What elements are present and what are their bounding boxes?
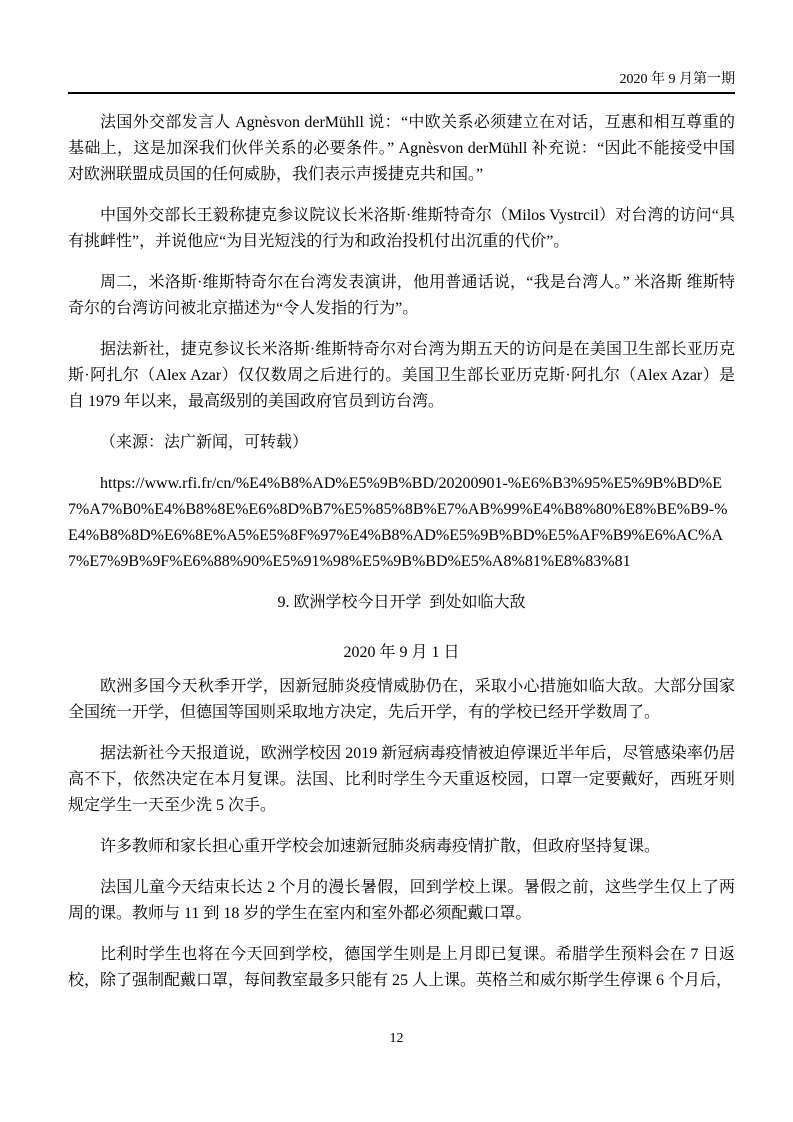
page-body: 法国外交部发言人 Agnèsvon derMühll 说：“中欧关系必须建立在对… — [68, 110, 735, 994]
page-header: 2020 年 9 月第一期 — [68, 72, 735, 94]
paragraph: 中国外交部长王毅称捷克参议院议长米洛斯·维斯特奇尔（Milos Vystrcil… — [68, 203, 735, 255]
paragraph: 周二，米洛斯·维斯特奇尔在台湾发表演讲，他用普通话说，“我是台湾人。” 米洛斯 … — [68, 270, 735, 322]
issue-label: 2020 年 9 月第一期 — [620, 72, 736, 87]
article-url[interactable]: https://www.rfi.fr/cn/%E4%B8%AD%E5%9B%BD… — [68, 471, 735, 575]
article-date: 2020 年 9 月 1 日 — [68, 640, 735, 666]
paragraph: 许多教师和家长担心重开学校会加速新冠肺炎病毒疫情扩散，但政府坚持复课。 — [68, 834, 735, 860]
paragraph: 据法新社，捷克参议长米洛斯·维斯特奇尔对台湾为期五天的访问是在美国卫生部长亚历克… — [68, 337, 735, 415]
paragraph: 欧洲多国今天秋季开学，因新冠肺炎疫情威胁仍在，采取小心措施如临大敌。大部分国家全… — [68, 674, 735, 726]
page-number: 12 — [390, 1031, 404, 1046]
article-title: 9. 欧洲学校今日开学 到处如临大敌 — [68, 590, 735, 616]
source-note: （来源：法广新闻，可转载） — [68, 430, 735, 456]
paragraph: 据法新社今天报道说，欧洲学校因 2019 新冠病毒疫情被迫停课近半年后，尽管感染… — [68, 741, 735, 819]
paragraph: 法国儿童今天结束长达 2 个月的漫长暑假，回到学校上课。暑假之前，这些学生仅上了… — [68, 875, 735, 927]
page-footer: 12 — [0, 1030, 793, 1048]
paragraph: 比利时学生也将在今天回到学校，德国学生则是上月即已复课。希腊学生预料会在 7 日… — [68, 942, 735, 994]
document-page: 2020 年 9 月第一期 法国外交部发言人 Agnèsvon derMühll… — [0, 0, 793, 1122]
paragraph: 法国外交部发言人 Agnèsvon derMühll 说：“中欧关系必须建立在对… — [68, 110, 735, 188]
